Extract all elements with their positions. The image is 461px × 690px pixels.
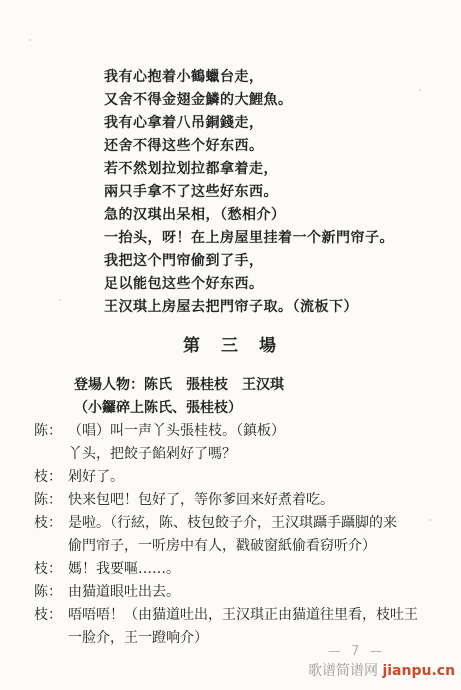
speech-line: （唱）叫一声丫头張桂枝。（鎮板） [68,420,285,443]
speech: （唱）叫一声丫头張桂枝。（鎮板） 丫头，把餃子餡剁好了嗎？ [68,420,285,466]
speech: 剁好了。 [68,466,124,489]
dialogue-row: 陈： 快来包吧！包好了，等你爹回来好煮着吃。 [34,489,418,512]
speech-line: 快来包吧！包好了，等你爹回来好煮着吃。 [68,489,334,512]
dialogue-row: 陈： （唱）叫一声丫头張桂枝。（鎮板） 丫头，把餃子餡剁好了嗎？ [34,420,418,466]
verse-line: 我有心拿着八吊銅錢走， [104,112,394,135]
verse-line: 我把这个門帘偷到了手， [104,250,394,273]
watermark: 歌谱简谱网 jianpu.cn [308,660,455,680]
verse-line: 急的汉琪出呆相，（愁相介） [104,204,394,227]
speech: 是啦。（行絃，陈、枝包餃子介，王汉琪躡手躡脚的来 偷門帘子，一听房中有人，戳破窗… [68,512,397,558]
speech: 由猫道眼吐出去。 [68,581,180,604]
speech-line: 丫头，把餃子餡剁好了嗎？ [68,443,285,466]
stage-direction: （小鑼碎上陈氏、張桂枝） [74,397,242,417]
dialogue-block: 陈： （唱）叫一声丫头張桂枝。（鎮板） 丫头，把餃子餡剁好了嗎？ 枝： 剁好了。… [34,420,418,650]
speaker-label: 陈： [34,581,68,604]
dialogue-row: 陈： 由猫道眼吐出去。 [34,581,418,604]
speech: 媽！我要嘔……。 [68,558,180,581]
verse-line: 王汉琪上房屋去把門帘子取。（流板下） [104,296,394,319]
verse-line: 足以能包这些个好东西。 [104,273,394,296]
speaker-label: 陈： [34,420,68,466]
dialogue-row: 枝： 剁好了。 [34,466,418,489]
speaker-label: 枝： [34,512,68,558]
speaker-label: 陈： [34,489,68,512]
speaker-label: 枝： [34,604,68,650]
speech-line: 媽！我要嘔……。 [68,558,180,581]
speech-line: 唔唔唔！（由猫道吐出，王汉琪正由猫道往里看，枝吐王 [68,604,418,627]
cast-line: 登場人物：陈氏 張桂枝 王汉琪 [74,374,284,394]
verse-line: 还舍不得这些个好东西。 [104,135,394,158]
speech-line: 由猫道眼吐出去。 [68,581,180,604]
speaker-label: 枝： [34,558,68,581]
watermark-site-url: jianpu.cn [382,663,455,679]
verse-line: 又舍不得金翅金鱗的大鯉魚。 [104,89,394,112]
speech-line: 偷門帘子，一听房中有人，戳破窗紙偷看窃听介） [68,535,397,558]
watermark-site-name: 歌谱简谱网 [308,663,378,679]
speech-line: 剁好了。 [68,466,124,489]
speaker-label: 枝： [34,466,68,489]
dialogue-row: 枝： 媽！我要嘔……。 [34,558,418,581]
speech-line: 是啦。（行絃，陈、枝包餃子介，王汉琪躡手躡脚的来 [68,512,397,535]
page-number: — 7 — [328,644,386,659]
dialogue-row: 枝： 是啦。（行絃，陈、枝包餃子介，王汉琪躡手躡脚的来 偷門帘子，一听房中有人，… [34,512,418,558]
scanned-script-page: 我有心抱着小鶴蠟台走， 又舍不得金翅金鱗的大鯉魚。 我有心拿着八吊銅錢走， 还舍… [0,0,461,690]
verse-line: 一抬头，呀！在上房屋里挂着一个新門帘子。 [104,227,394,250]
scene-heading: 第 三 場 [0,331,461,356]
verse-line: 兩只手拿不了这些好东西。 [104,181,394,204]
speech: 快来包吧！包好了，等你爹回来好煮着吃。 [68,489,334,512]
verse-line: 我有心抱着小鶴蠟台走， [104,66,394,89]
verse-line: 若不然划拉划拉都拿着走， [104,158,394,181]
verse-block: 我有心抱着小鶴蠟台走， 又舍不得金翅金鱗的大鯉魚。 我有心拿着八吊銅錢走， 还舍… [104,66,394,319]
